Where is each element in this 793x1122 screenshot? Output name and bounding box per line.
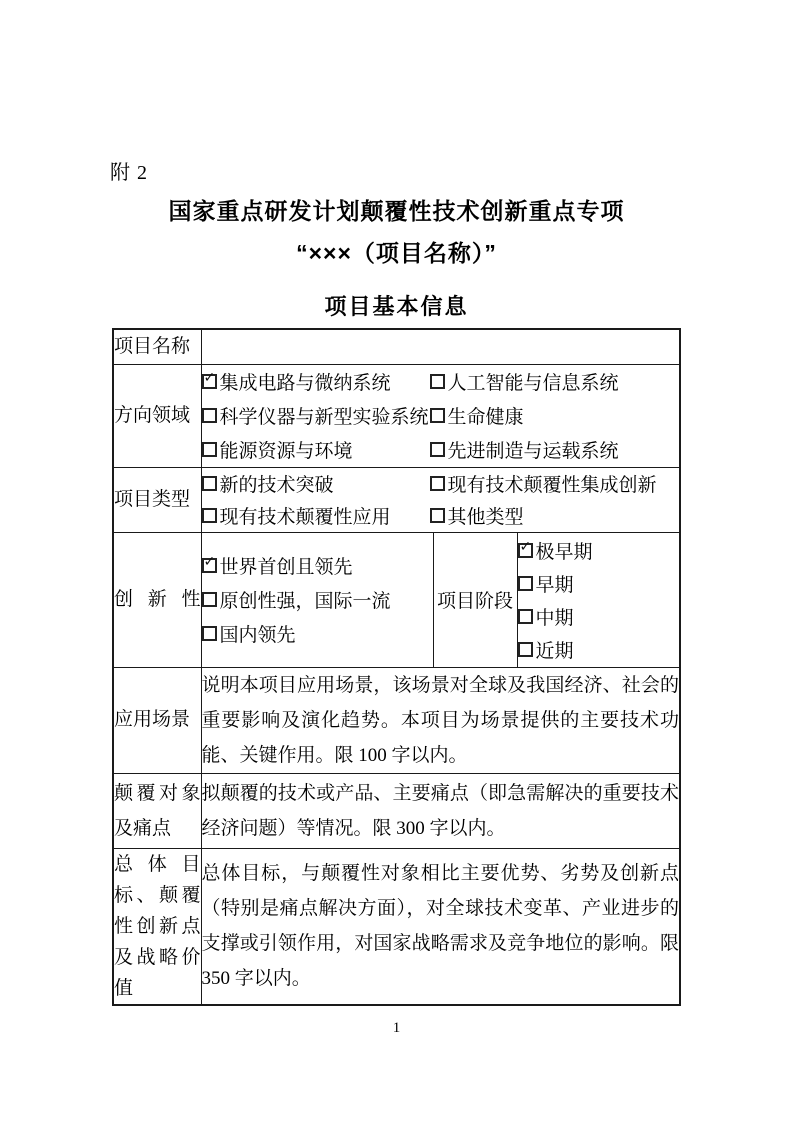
checkbox-option-type-b1[interactable]: 其他类型: [430, 500, 680, 532]
checkbox-label: 新的技术突破: [220, 470, 334, 497]
label-application-scenario: 应用场景: [113, 667, 201, 773]
checkbox-icon[interactable]: [202, 592, 217, 607]
checkbox-label: 现有技术颠覆性应用: [220, 502, 391, 529]
checkbox-option-direction-a2[interactable]: 能源资源与环境: [202, 433, 430, 467]
checkbox-label: 原创性强，国际一流: [220, 586, 391, 613]
row-innovation: 创新性 世界首创且领先 原创性强，国际一流: [113, 532, 680, 667]
checkbox-option-type-a0[interactable]: 新的技术突破: [202, 468, 430, 500]
checkbox-icon[interactable]: [518, 642, 533, 657]
checkbox-label: 生命健康: [448, 402, 524, 429]
checkbox-label: 科学仪器与新型实验系统: [220, 402, 429, 429]
checkbox-option-type-b0[interactable]: 现有技术颠覆性集成创新: [430, 468, 680, 500]
checkbox-label: 国内领先: [220, 620, 296, 647]
checkbox-option-direction-a1[interactable]: 科学仪器与新型实验系统: [202, 399, 430, 433]
checkbox-icon[interactable]: [202, 508, 217, 523]
checkbox-option-type-a1[interactable]: 现有技术颠覆性应用: [202, 500, 430, 532]
checkbox-label: 能源资源与环境: [220, 436, 353, 463]
row-direction: 方向领域 集成电路与微纳系统 科学仪器与新型实验系统: [113, 364, 680, 467]
checkbox-option-direction-a0[interactable]: 集成电路与微纳系统: [202, 365, 430, 399]
application-scenario-text: 说明本项目应用场景，该场景对全球及我国经济、社会的重要影响及演化趋势。本项目为场…: [201, 667, 680, 773]
row-application-scenario: 应用场景 说明本项目应用场景，该场景对全球及我国经济、社会的重要影响及演化趋势。…: [113, 667, 680, 773]
checkbox-icon[interactable]: [202, 476, 217, 491]
checkbox-option-direction-b2[interactable]: 先进制造与运载系统: [430, 433, 680, 467]
checkbox-icon[interactable]: [518, 576, 533, 591]
appendix-label: 附 2: [110, 156, 148, 185]
checkbox-option-innovation-2[interactable]: 国内领先: [202, 617, 433, 651]
checkbox-icon[interactable]: [430, 508, 445, 523]
checkbox-option-direction-b0[interactable]: 人工智能与信息系统: [430, 365, 680, 399]
checkbox-option-direction-b1[interactable]: 生命健康: [430, 399, 680, 433]
stage-options-cell: 极早期 早期 中期 近期: [517, 532, 680, 667]
checkbox-label: 早期: [536, 570, 574, 597]
checkbox-label: 现有技术颠覆性集成创新: [448, 470, 657, 497]
disruption-target-text: 拟颠覆的技术或产品、主要痛点（即急需解决的重要技术经济问题）等情况。限 300 …: [201, 773, 680, 848]
checkbox-option-stage-1[interactable]: 早期: [518, 567, 680, 600]
direction-options-cell: 集成电路与微纳系统 科学仪器与新型实验系统 能源资源与环境: [201, 364, 680, 467]
checkbox-label: 世界首创且领先: [220, 552, 353, 579]
checkbox-icon[interactable]: [202, 626, 217, 641]
checkbox-label: 集成电路与微纳系统: [220, 368, 391, 395]
checkbox-icon[interactable]: [430, 408, 445, 423]
checkbox-option-stage-0[interactable]: 极早期: [518, 534, 680, 567]
checkbox-label: 人工智能与信息系统: [448, 368, 619, 395]
checkbox-icon[interactable]: [202, 408, 217, 423]
document-title: 国家重点研发计划颠覆性技术创新重点专项: [0, 193, 793, 226]
checkbox-icon[interactable]: [202, 374, 217, 389]
checkbox-option-innovation-1[interactable]: 原创性强，国际一流: [202, 583, 433, 617]
checkbox-icon[interactable]: [518, 609, 533, 624]
checkbox-icon[interactable]: [430, 476, 445, 491]
checkbox-label: 中期: [536, 603, 574, 630]
page-number: 1: [0, 1020, 793, 1037]
checkbox-icon[interactable]: [202, 558, 217, 573]
checkbox-label: 近期: [536, 636, 574, 663]
document-subtitle: “×××（项目名称）”: [0, 235, 793, 268]
project-name-input-cell[interactable]: [201, 329, 680, 364]
document-page: 附 2 国家重点研发计划颠覆性技术创新重点专项 “×××（项目名称）” 项目基本…: [0, 0, 793, 1122]
label-project-stage: 项目阶段: [433, 532, 517, 667]
overall-goal-text: 总体目标，与颠覆性对象相比主要优势、劣势及创新点（特别是痛点解决方面），对全球技…: [201, 848, 680, 1005]
label-direction: 方向领域: [113, 364, 201, 467]
checkbox-option-stage-3[interactable]: 近期: [518, 633, 680, 666]
label-disruption-target: 颠覆对象及痛点: [113, 773, 201, 848]
row-overall-goal: 总体目标、颠覆性创新点及战略价值 总体目标，与颠覆性对象相比主要优势、劣势及创新…: [113, 848, 680, 1005]
checkbox-icon[interactable]: [202, 442, 217, 457]
checkbox-option-innovation-0[interactable]: 世界首创且领先: [202, 549, 433, 583]
checkbox-icon[interactable]: [518, 543, 533, 558]
checkbox-option-stage-2[interactable]: 中期: [518, 600, 680, 633]
project-info-table: 项目名称 方向领域 集成电路与微纳系统: [112, 328, 681, 1006]
row-project-name: 项目名称: [113, 329, 680, 364]
row-disruption-target: 颠覆对象及痛点 拟颠覆的技术或产品、主要痛点（即急需解决的重要技术经济问题）等情…: [113, 773, 680, 848]
checkbox-label: 先进制造与运载系统: [448, 436, 619, 463]
table-caption: 项目基本信息: [0, 290, 793, 321]
label-overall-goal: 总体目标、颠覆性创新点及战略价值: [113, 848, 201, 1005]
project-type-options-cell: 新的技术突破 现有技术颠覆性应用 现有技术颠覆性集成创新: [201, 467, 680, 532]
project-info-table-wrap: 项目名称 方向领域 集成电路与微纳系统: [112, 328, 681, 1006]
checkbox-icon[interactable]: [430, 442, 445, 457]
label-project-name: 项目名称: [113, 329, 201, 364]
checkbox-label: 极早期: [536, 537, 593, 564]
innovation-options-cell: 世界首创且领先 原创性强，国际一流 国内领先: [201, 532, 433, 667]
label-innovation: 创新性: [113, 532, 201, 667]
row-project-type: 项目类型 新的技术突破 现有技术颠覆性应用: [113, 467, 680, 532]
checkbox-label: 其他类型: [448, 502, 524, 529]
checkbox-icon[interactable]: [430, 374, 445, 389]
label-project-type: 项目类型: [113, 467, 201, 532]
